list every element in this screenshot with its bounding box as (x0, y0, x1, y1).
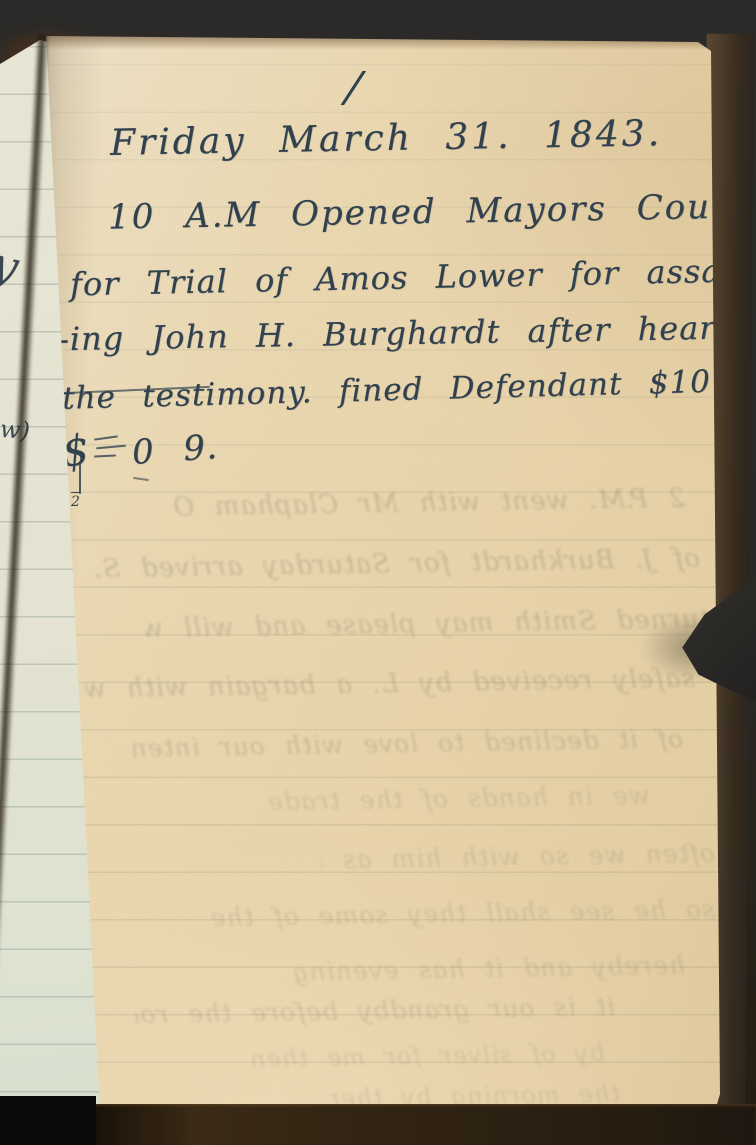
diary-page: ∕ Friday March 31. 1843. 10 A.M Opened M… (0, 0, 756, 1145)
book-cover-bottom-edge (86, 1104, 756, 1145)
ink-descender (79, 462, 81, 494)
struck-amount-submark: 2 (71, 492, 80, 510)
background-bottom-left (0, 1096, 96, 1145)
struck-amount-digits: 0 9. (131, 427, 219, 473)
photo-scene: y w) ∕ Friday March 31. 1843. 10 A.M Ope… (0, 0, 756, 1145)
